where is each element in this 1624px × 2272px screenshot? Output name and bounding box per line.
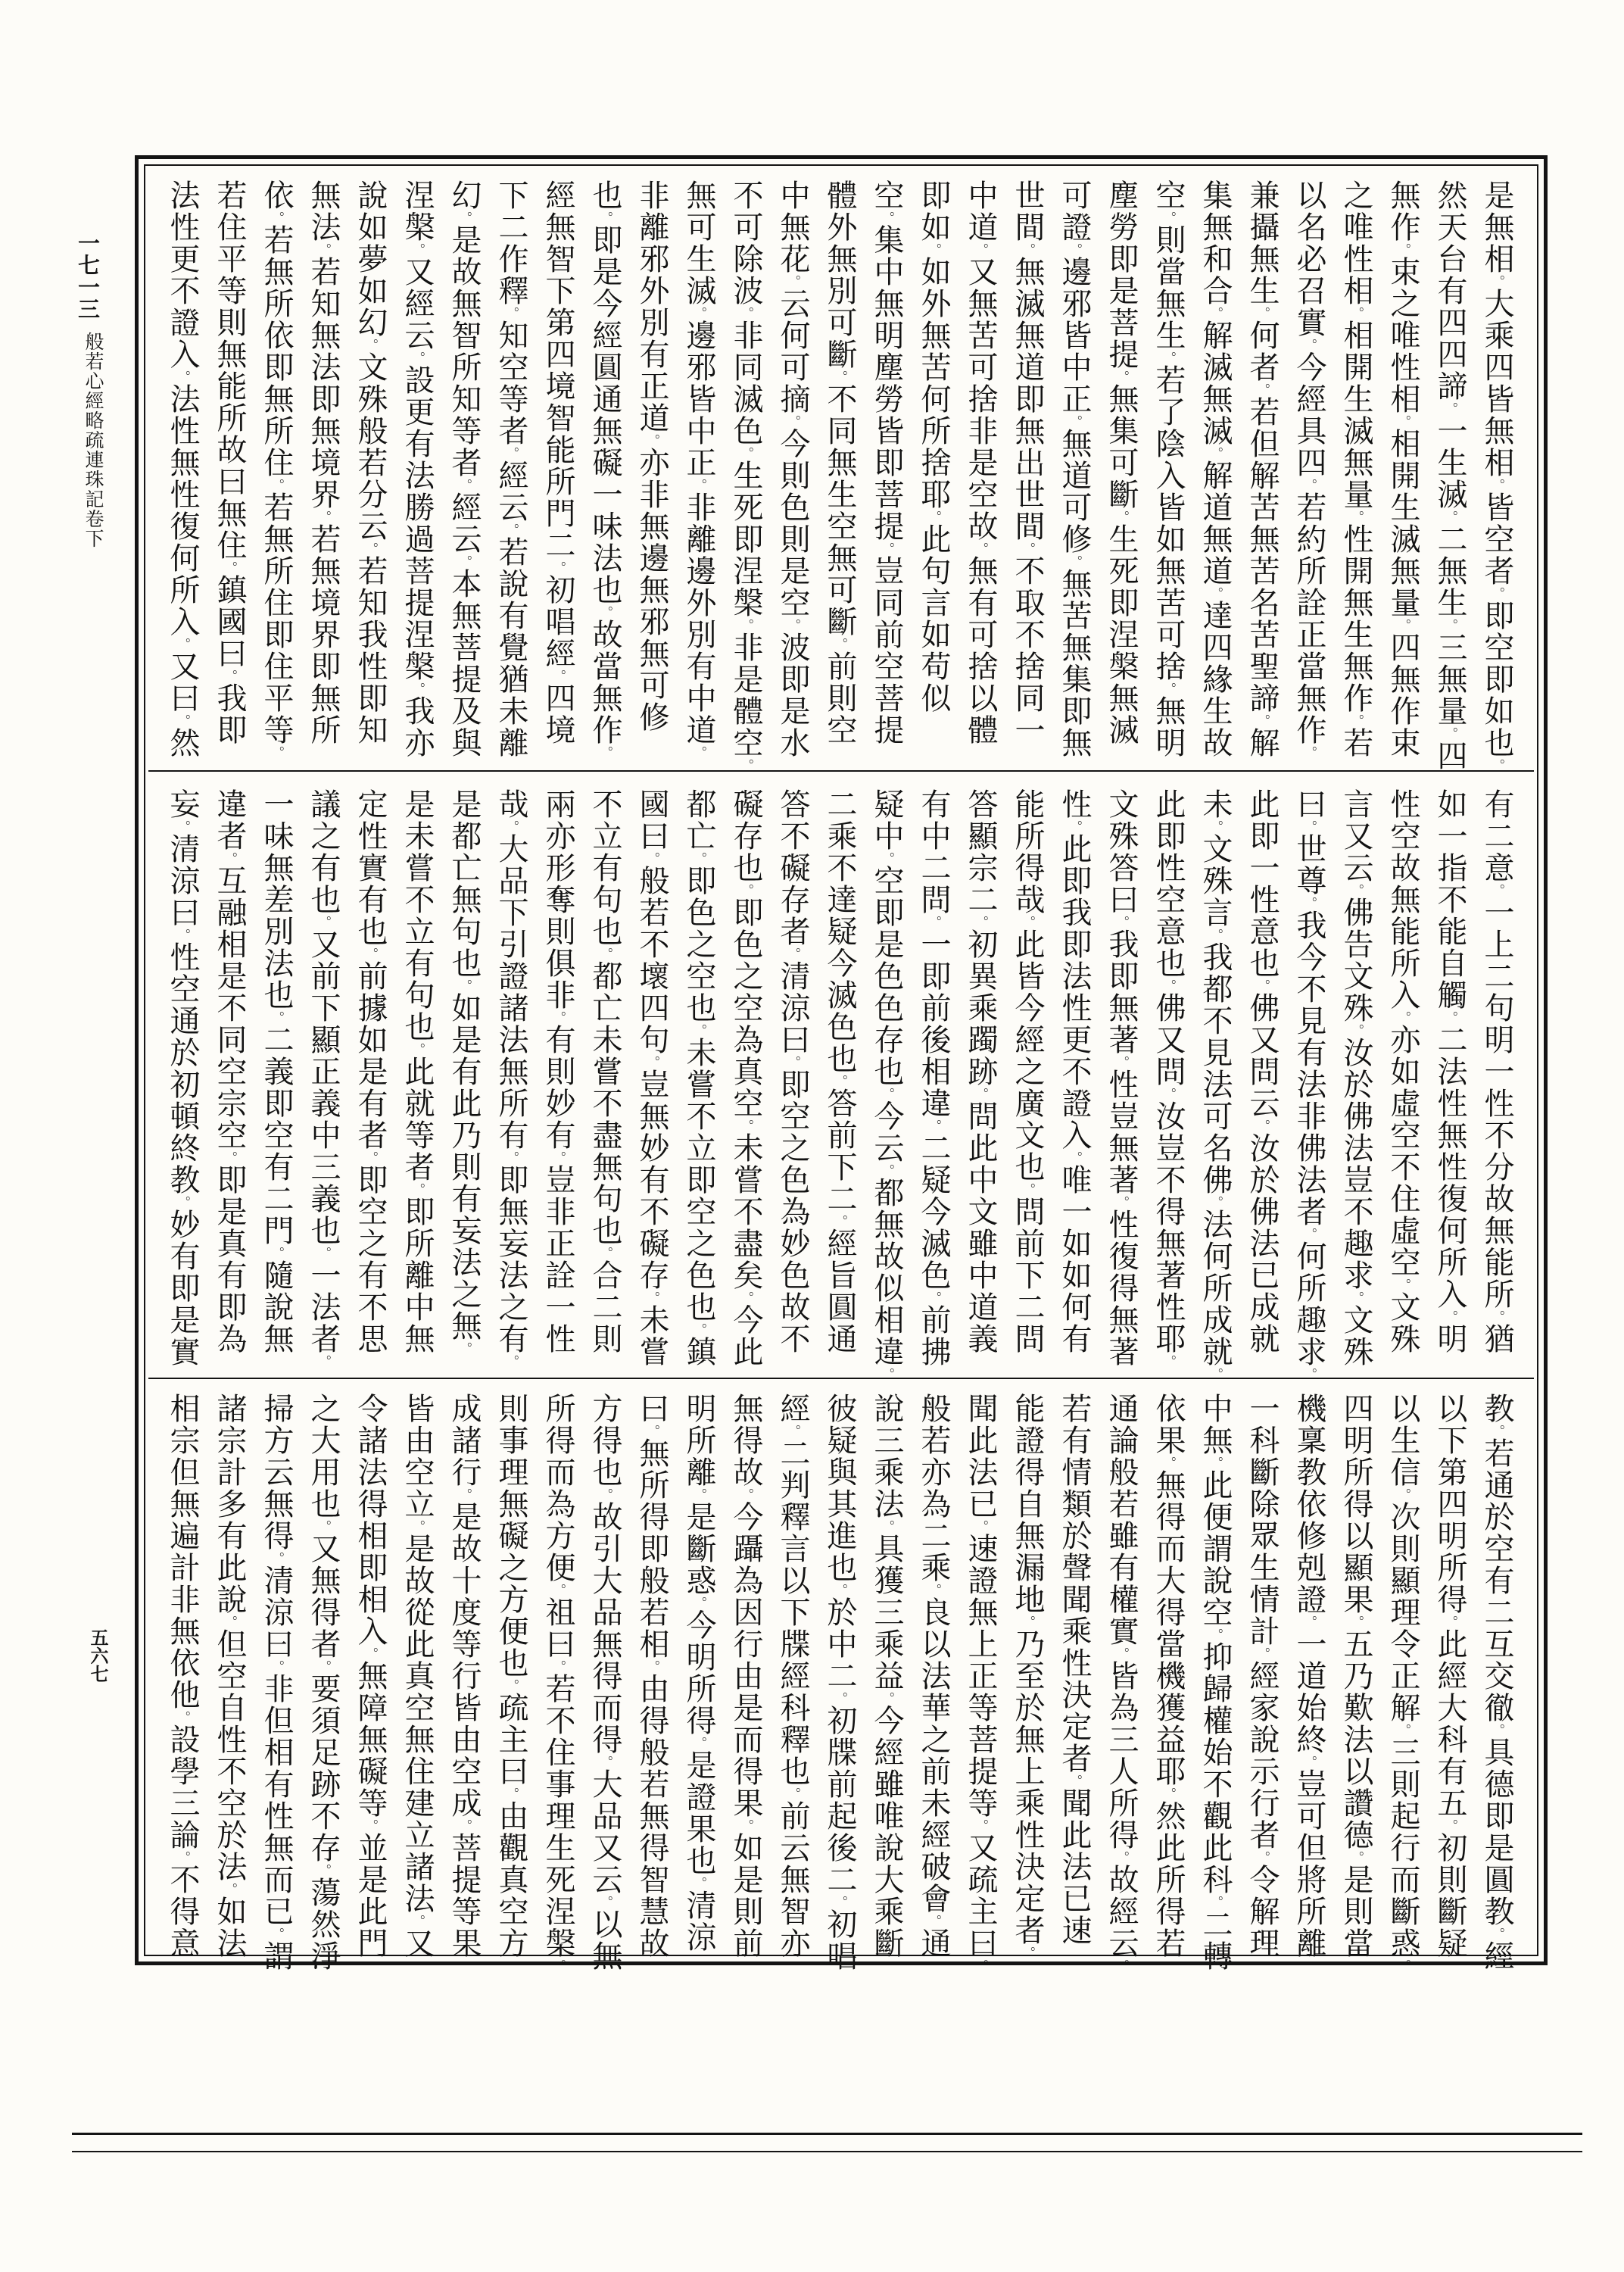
text-column: 一科斷除眾生情計。經家說示行者。令解理 [1239,1393,1286,1959]
text-column: 體外無別可斷。不同無生空無可斷。前則空 [816,179,863,746]
text-column: 四明所得以顯果。五乃歎法以讚德。是則當 [1333,1393,1379,1959]
text-column: 一味無差別法也。二義即空有二門。隨說無 [253,788,300,1355]
text-column: 下二作釋。知空等者。經云。若說有覺猶未離 [488,179,535,759]
doc-number-label: 一七一三 [76,232,98,320]
text-column: 定性實有也。前據如是有者。即空之有不思 [347,788,394,1355]
text-column: 礙存也。即色之空為真空。未嘗不盡矣。今此 [722,788,769,1368]
text-column: 空。集中無明塵勞皆即菩提。豈同前空菩提 [863,179,910,746]
text-column: 中道。又無苦可捨非是空故。無有可捨以體 [957,179,1004,746]
text-column: 經。二判釋言以下牒經科釋也。前云無智亦 [769,1393,816,1959]
text-column: 言又云。佛告文殊。汝於佛法豈不趣求。文殊 [1333,788,1379,1368]
text-column: 教。若通於空有二互交徹。具德即是圓教。經 [1473,1393,1520,1972]
text-column: 能所得哉。此皆今經之廣文也。問前下二問 [1004,788,1051,1355]
text-column: 答顯宗二。初異乘躅跡。問此中文雖中道義 [957,788,1004,1355]
text-column: 中無花。云何可摘。今則色則是空。波即是水 [769,179,816,759]
text-column: 此即性空意也。佛又問。汝豈不得無著性耶。 [1145,788,1192,1368]
scanned-canon-page: { "colors": { "paper": "#fdfcf8", "ink":… [0,0,1624,2272]
text-column: 若住平等則無能所故曰無住。鎮國曰。我即 [206,179,253,746]
text-column: 疑中。空即是色色存也。今云。都無故似相違。 [863,788,910,1381]
text-column: 聞此法已。速證無上正等菩提等。又疏主曰。 [957,1393,1004,1972]
text-column: 即如。如外無苦何所捨耶。此句言如苟似 [910,179,957,714]
text-column: 兼攝無生。何者。若但解苦無苦名苦聖諦。解 [1239,179,1286,759]
text-column: 之大用也。又無得者。要須足跡不存。蕩然淨 [300,1393,347,1972]
register-separator-1 [148,770,1534,772]
text-column: 有中二問。一即前後相違。二疑今滅色。前拂 [910,788,957,1368]
text-column: 彼疑與其進也。於中二。初牒前起後二。初唱 [816,1393,863,1972]
text-column: 皆由空立。是故從此真空無住建立諸法。又 [394,1393,441,1959]
text-column: 說三乘法。具獲三乘益。今經雖唯說大乘斷 [863,1393,910,1959]
text-frame: 是無相。大乘四皆無相。皆空者。即空即如也。然天台有四四諦。一生滅。二無生。三無量… [135,155,1548,1965]
text-column: 塵勞即是菩提。無集可斷。生死即涅槃無滅 [1098,179,1145,746]
register-middle: 有二意。一上二句明一性不分故無能所。猶如一指不能自觸。二法性無性復何所入。明性空… [150,788,1532,1365]
text-column: 無得故。今躡為因行由是而得果。如是則前 [722,1393,769,1959]
page-number: 五六七 [88,1628,106,1683]
text-column: 是都亡無句也。如是有此乃則有妄法之無。 [441,788,488,1355]
register-top: 是無相。大乘四皆無相。皆空者。即空即如也。然天台有四四諦。一生滅。二無生。三無量… [150,179,1532,763]
text-column: 成諸行。是故十度等行皆由空成。菩提等果 [441,1393,488,1959]
text-column: 曰。無所得即般若相。由得般若無得智慧故 [628,1393,675,1959]
text-column: 明所離。是斷惑。今明所得。是證果也。清涼 [675,1393,722,1953]
text-column: 之唯性相。相開生滅無量。性開無生無作。若 [1333,179,1379,759]
text-column: 答不礙存者。清涼曰。即空之色為妙色故不 [769,788,816,1355]
text-column: 違者。互融相是不同空宗空。即是真有即為 [206,788,253,1355]
text-column: 妄。清涼曰。性空通於初頓終教。妙有即是實 [159,788,206,1368]
text-column: 若有情類於聲聞乘性決定者。聞此法已速 [1051,1393,1098,1946]
text-column: 世間。無滅無道即無出世間。不取不捨同一 [1004,179,1051,746]
text-column: 般若亦為二乘。良以法華之前未經破會。通 [910,1393,957,1959]
text-column: 如一指不能自觸。二法性無性復何所入。明 [1426,788,1473,1355]
text-column: 不立有句也。都亡未嘗不盡無句也。合二則 [581,788,628,1355]
running-title-label: 般若心經略疏連珠記卷下 [83,332,102,548]
register-separator-2 [148,1378,1534,1379]
text-column: 法性更不證入。法性無性復何所入。又曰。然 [159,179,206,759]
text-column: 可證。邊邪皆中正。無道可修。無苦無集即無 [1051,179,1098,759]
text-column: 文殊答曰。我即無著。性豈無著。性復得無著 [1098,788,1145,1368]
text-column: 國曰。般若不壞四句。豈無妙有不礙存。未嘗 [628,788,675,1368]
text-column: 不可除波。非同滅色。生死即涅槃。非是體空。 [722,179,769,772]
text-column: 也。即是今經圓通無礙一味法也。故當無作。 [581,179,628,759]
text-column: 未。文殊言。我都不見法可名佛。法何所成就。 [1192,788,1239,1381]
text-column: 依果。無得而大得當機獲益耶。然此所得若 [1145,1393,1192,1959]
text-column: 兩亦形奪則俱非。有則妙有。豈非正詮一性 [535,788,581,1355]
text-column: 則事理無礙之方便也。疏主曰。由觀真空方 [488,1393,535,1959]
text-column: 性空故無能所入。亦如虛空不住虛空。文殊 [1379,788,1426,1355]
text-column: 以生信。次則顯理令正解。三則起行而斷惑。 [1379,1393,1426,1972]
text-column: 空。則當無生。若了陰入皆如無苦可捨。無明 [1145,179,1192,759]
text-column: 相宗但無遍計非無依他。設學三論。不得意 [159,1393,206,1959]
text-column: 所得而為方便。祖曰。若不住事理生死涅槃。 [535,1393,581,1972]
bottom-rule [72,2151,1582,2152]
text-column: 無作。束之唯性相。相開生滅無量。四無作束 [1379,179,1426,759]
text-column: 說如夢如幻。文殊般若分云。若知我性即知 [347,179,394,746]
text-column: 此即一性意也。佛又問云。汝於佛法已成就 [1239,788,1286,1355]
text-frame-inner-border: 是無相。大乘四皆無相。皆空者。即空即如也。然天台有四四諦。一生滅。二無生。三無量… [144,164,1538,1956]
text-column: 非離邪外別有正道。亦非無邊無邪無可修 [628,179,675,733]
text-column: 以名必召實。今經具四。若約所詮正當無作。 [1286,179,1333,759]
text-column: 哉。大品下引證諸法無所有。即無妄法之有。 [488,788,535,1368]
text-column: 性。此即我即法性更不證入。唯一如如何有 [1051,788,1098,1355]
text-column: 機稟教依修剋證。一道始終。豈可但將所離 [1286,1393,1333,1959]
text-column: 中無。此便謂說空。抑歸權始不觀此科。二轉 [1192,1393,1239,1972]
register-bottom: 教。若通於空有二互交徹。具德即是圓教。經以下第四明所得。此經大科有五。初則斷疑以… [150,1393,1532,1962]
text-column: 方得也。故引大品無得而得。大品又云。以無 [581,1393,628,1972]
text-column: 是未嘗不立有句也。此就等者。即所離中無 [394,788,441,1355]
text-column: 掃方云無得。清涼曰。非但相有性無而已。謂 [253,1393,300,1972]
text-column: 無法。若知無法即無境界。若無境界即無所 [300,179,347,746]
bottom-rule [72,2133,1582,2135]
text-column: 都亡。即色之空也。未嘗不立即空之色也。鎮 [675,788,722,1368]
text-column: 然天台有四四諦。一生滅。二無生。三無量。四 [1426,179,1473,772]
text-column: 令諸法得相即相入。無障無礙等。並是此門 [347,1393,394,1959]
text-column: 集無和合。解滅無滅。解道無道。達四緣生故 [1192,179,1239,759]
text-column: 無可生滅。邊邪皆中正。非離邊外別有中道。 [675,179,722,759]
text-column: 幻。是故無智所知等者。經云。本無菩提及與 [441,179,488,759]
text-column: 以下第四明所得。此經大科有五。初則斷疑 [1426,1393,1473,1959]
text-column: 依。若無所依即無所住。若無所住即住平等。 [253,179,300,759]
text-column: 二乘不達疑今滅色也。答前下二。經旨圓通 [816,788,863,1355]
text-column: 議之有也。又前下顯正義中三義也。一法者。 [300,788,347,1368]
text-column: 是無相。大乘四皆無相。皆空者。即空即如也。 [1473,179,1520,772]
text-column: 有二意。一上二句明一性不分故無能所。猶 [1473,788,1520,1355]
text-column: 曰。世尊。我今不見有法非佛法者。何所趣求。 [1286,788,1333,1381]
text-column: 能證得自無漏地。乃至於無上乘性決定者。 [1004,1393,1051,1959]
text-column: 通論般若雖有權實。皆為三人所得。故經云。 [1098,1393,1145,1972]
text-column: 諸宗計多有此說。但空自性不空於法。如法 [206,1393,253,1959]
text-column: 涅槃。又經云。設更有法勝過菩提涅槃。我亦 [394,179,441,759]
text-column: 經無智下第四境智能所門二。初唱經。四境 [535,179,581,746]
